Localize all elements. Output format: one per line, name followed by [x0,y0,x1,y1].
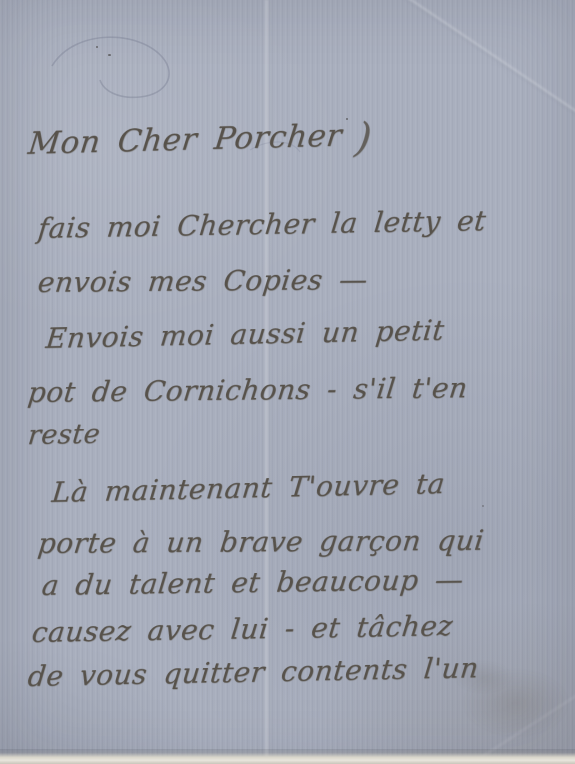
letter-line-2: fais moi Chercher la letty et [36,204,488,245]
ink-speck [108,54,111,56]
letter-line-5: pot de Cornichons - s'il t'en [26,371,469,409]
letter-line-7: Là maintenant T'ouvre ta [50,467,446,509]
salutation-flourish: ) [339,115,374,162]
salutation-text: Mon Cher Porcher [26,118,344,162]
letter-line-10: causez avec lui - et tâchez [30,609,454,649]
letter-line-8: porte à un brave garçon qui [36,524,486,560]
letter-line-11: de vous quitter contents l'un [26,651,480,693]
letter-paper: Mon Cher Porcher) fais moi Chercher la l… [0,0,575,764]
diagonal-crease-top-right [402,0,575,143]
paper-bottom-edge [0,749,575,764]
letter-line-9: a du talent et beaucoup — [40,563,465,602]
ink-speck [96,46,98,48]
letter-line-3: envois mes Copies — [36,263,370,299]
ink-speck [482,505,484,507]
letter-line-4: Envois moi aussi un petit [44,314,446,355]
letter-line-6: reste [26,419,101,451]
salutation-line: Mon Cher Porcher) [25,115,374,170]
